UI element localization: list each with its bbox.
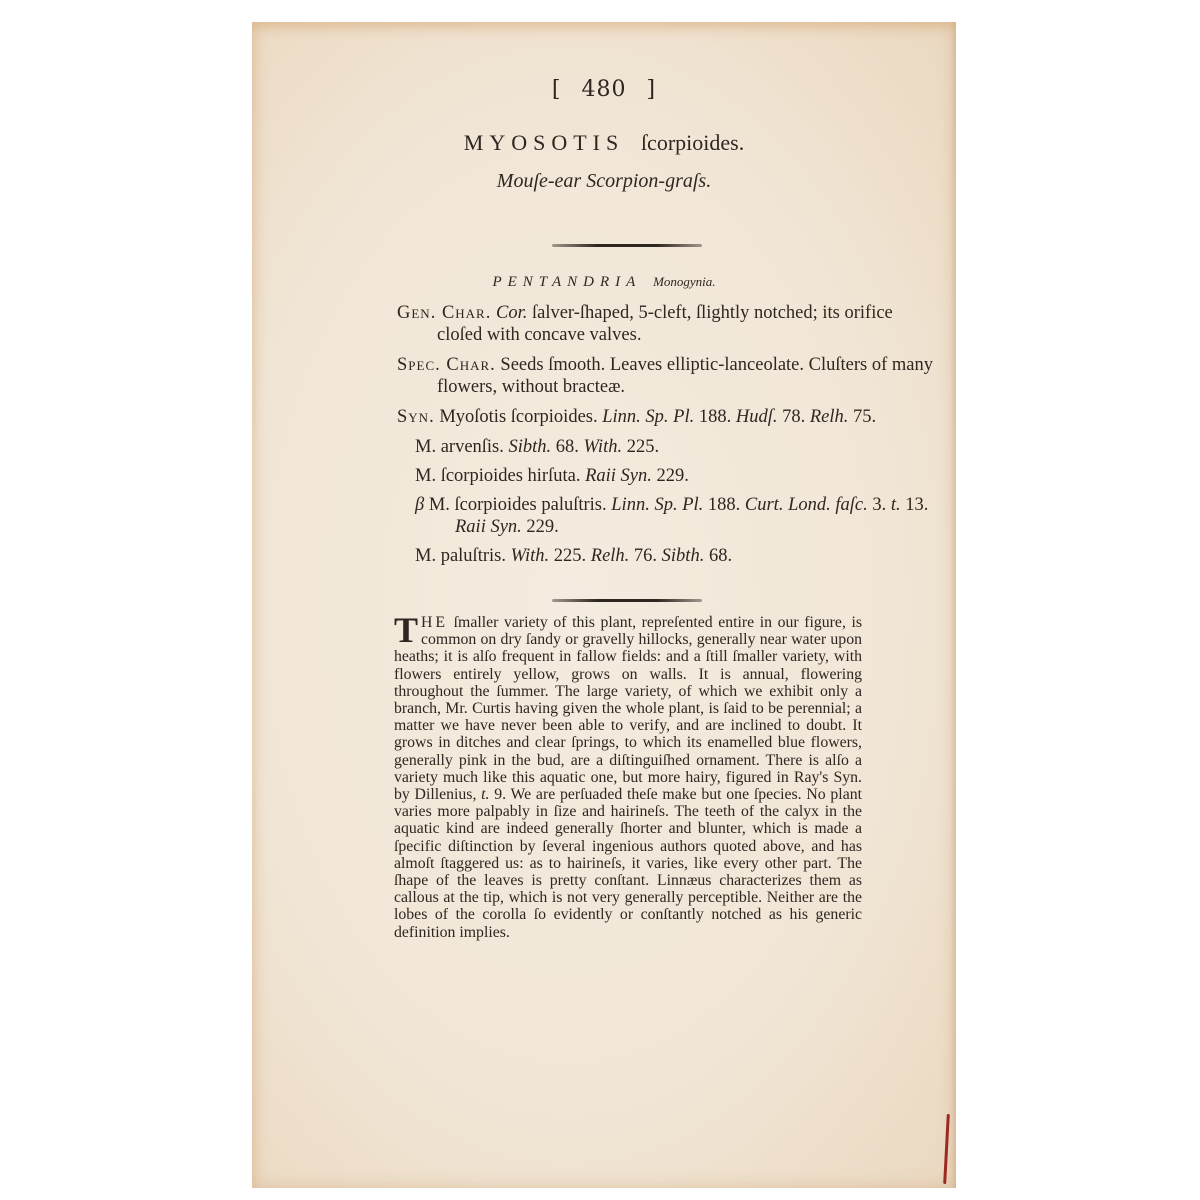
syn-ref: t. <box>891 495 901 515</box>
syn-ref: Linn. Sp. Pl. <box>602 407 694 427</box>
syn-ref-num: 188. <box>703 495 745 515</box>
common-name: Mouſe-ear Scorpion-graſs. <box>252 170 956 193</box>
syn-ref: With. <box>511 546 550 566</box>
synonym-item: M. arvenſis. Sibth. 68. With. 225. <box>397 436 937 458</box>
syn-ref: Curt. Lond. faſc. <box>745 495 868 515</box>
linnaean-order: Monogynia. <box>653 274 715 289</box>
body-text-part-1: ſmaller variety of this plant, repreſent… <box>394 614 862 803</box>
syn-ref-num: 75. <box>848 407 876 427</box>
syn-ref-num: 3. <box>868 495 891 515</box>
syn-ref: Relh. <box>810 407 849 427</box>
beta-variety-marker: β <box>415 495 429 515</box>
genus-name: MYOSOTIS <box>464 130 624 155</box>
synonym-name: M. ſcorpioides paluſtris. <box>429 495 611 515</box>
book-page: [ 480 ] MYOSOTIS ſcorpioides. Mouſe-ear … <box>252 22 956 1188</box>
species-title: MYOSOTIS ſcorpioides. <box>252 130 956 156</box>
page-number: [ 480 ] <box>252 77 956 102</box>
syn-label: Syn. <box>397 407 435 427</box>
synonym-main: Syn. Myoſotis ſcorpioides. Linn. Sp. Pl.… <box>397 406 937 428</box>
spec-char-label: Spec. Char. <box>397 355 496 375</box>
syn-ref: Sibth. <box>509 437 552 457</box>
generic-character: Gen. Char. Cor. ſalver-ſhaped, 5-cleft, … <box>397 302 937 346</box>
gen-char-abbrev: Cor. <box>496 303 527 323</box>
body-text-part-2: 9. We are perſuaded theſe make but one ſ… <box>394 786 862 941</box>
syn-ref: Linn. Sp. Pl. <box>611 495 703 515</box>
drop-cap-continuation: HE <box>421 614 448 631</box>
synonym-name: M. ſcorpioides hirſuta. <box>415 466 585 486</box>
syn-ref-num: 68. <box>551 437 583 457</box>
synonym-item-beta: β M. ſcorpioides paluſtris. Linn. Sp. Pl… <box>397 494 937 538</box>
classification-line: PENTANDRIA Monogynia. <box>252 274 956 291</box>
syn-ref-num: 188. <box>694 407 736 427</box>
syn-ref-num: 78. <box>777 407 809 427</box>
drop-cap: T <box>394 615 418 645</box>
syn-ref: Raii Syn. <box>585 466 652 486</box>
synonym-name: M. paluſtris. <box>415 546 511 566</box>
plate-reference: t. <box>481 786 489 803</box>
description-paragraph: THE ſmaller variety of this plant, repre… <box>394 614 862 941</box>
syn-ref: Relh. <box>591 546 630 566</box>
syn-ref-num: 225. <box>549 546 591 566</box>
characters-block: Gen. Char. Cor. ſalver-ſhaped, 5-cleft, … <box>397 302 937 574</box>
specific-character: Spec. Char. Seeds ſmooth. Leaves ellipti… <box>397 354 937 398</box>
red-page-edge <box>943 1114 950 1184</box>
syn-ref-num: 229. <box>522 517 559 537</box>
syn-ref: With. <box>584 437 623 457</box>
synonym-item: M. ſcorpioides hirſuta. Raii Syn. 229. <box>397 465 937 487</box>
gen-char-label: Gen. Char. <box>397 303 491 323</box>
synonym-name: M. arvenſis. <box>415 437 509 457</box>
syn-ref-num: 68. <box>704 546 732 566</box>
syn-ref: Hudſ. <box>736 407 778 427</box>
spec-char-text: Seeds ſmooth. Leaves elliptic-lanceolate… <box>437 355 933 397</box>
divider-rule <box>552 244 702 247</box>
species-epithet: ſcorpioides. <box>641 130 744 155</box>
synonym-item: M. paluſtris. With. 225. Relh. 76. Sibth… <box>397 545 937 567</box>
syn-ref-num: 13. <box>901 495 929 515</box>
divider-rule <box>552 599 702 602</box>
syn-ref-num: 76. <box>629 546 661 566</box>
syn-ref-num: 225. <box>622 437 659 457</box>
syn-ref: Raii Syn. <box>455 517 522 537</box>
syn-ref: Sibth. <box>662 546 705 566</box>
syn-ref-num: 229. <box>652 466 689 486</box>
syn-main-name: Myoſotis ſcorpioides. <box>435 407 603 427</box>
linnaean-class: PENTANDRIA <box>492 274 641 290</box>
